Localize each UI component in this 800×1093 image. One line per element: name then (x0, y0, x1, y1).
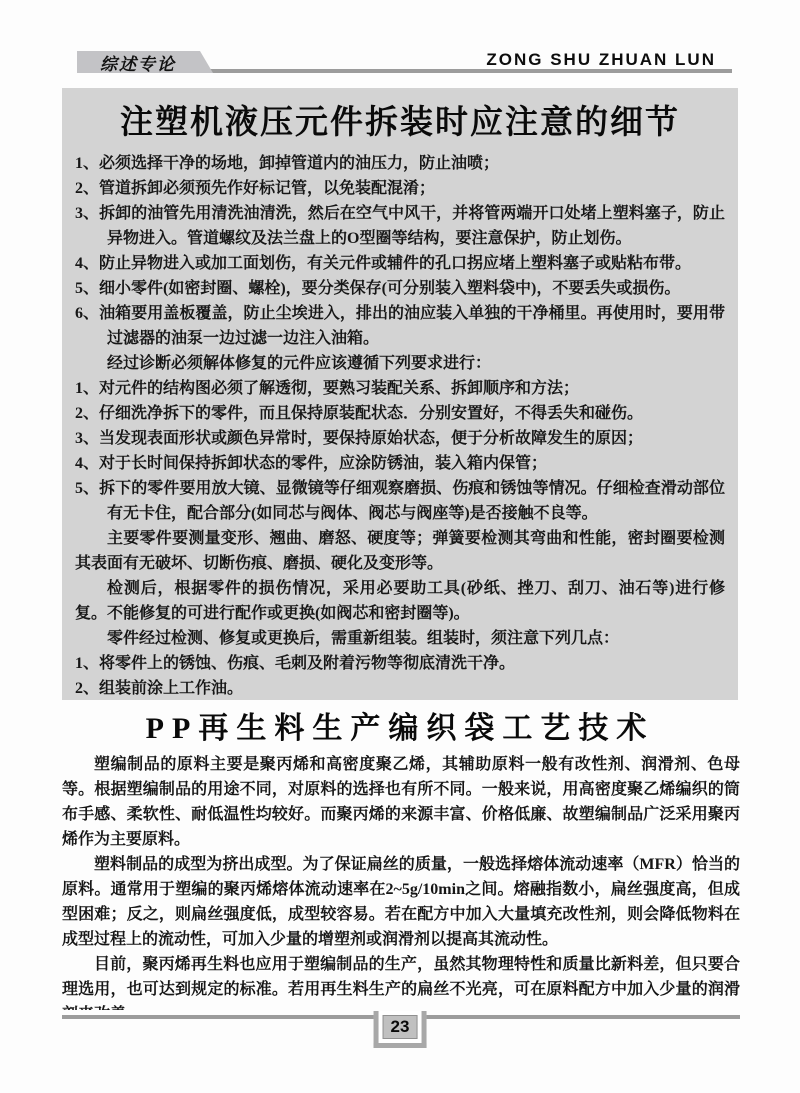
page-number: 23 (383, 1015, 418, 1039)
paragraph: 塑料制品的成型为挤出成型。为了保证扁丝的质量，一般选择熔体流动速率（MFR）恰当… (62, 852, 740, 952)
paragraph: 1、对元件的结构图必须了解透彻，要熟习装配关系、拆卸顺序和方法； (75, 376, 725, 401)
paragraph: 2、管道拆卸必须预先作好标记管，以免装配混淆； (75, 176, 725, 201)
paragraph: 主要零件要测量变形、翘曲、磨怒、硬度等；弹簧要检测其弯曲和性能，密封圈要检测其表… (75, 526, 725, 576)
section-label-pinyin: ZONG SHU ZHUAN LUN (486, 50, 716, 70)
section-tab: 综述专论 (77, 51, 213, 73)
article2-title: PP再生料生产编织袋工艺技术 (0, 703, 800, 749)
page-number-badge: 23 (374, 1011, 427, 1048)
magazine-page: 综述专论 ZONG SHU ZHUAN LUN 注塑机液压元件拆装时应注意的细节… (0, 0, 800, 1093)
section-label: 综述专论 (100, 50, 190, 75)
paragraph: 5、细小零件(如密封圈、螺栓)，要分类保存(可分别装入塑料袋中)，不要丢失或损伤… (75, 276, 725, 301)
paragraph: 4、对于长时间保持拆卸状态的零件，应涂防锈油，装入箱内保管； (75, 451, 725, 476)
paragraph: 经过诊断必须解体修复的元件应该遵循下列要求进行： (75, 351, 725, 376)
paragraph: 1、将零件上的锈蚀、伤痕、毛刺及附着污物等彻底清洗干净。 (75, 651, 725, 676)
paragraph: 1、必须选择干净的场地，卸掉管道内的油压力，防止油喷； (75, 151, 725, 176)
paragraph: 2、仔细洗净拆下的零件，而且保持原装配状态．分别安置好，不得丢失和碰伤。 (75, 401, 725, 426)
paragraph: 2、组装前涂上工作油。 (75, 676, 725, 700)
article1-title: 注塑机液压元件拆装时应注意的细节 (75, 96, 725, 143)
article1-panel: 注塑机液压元件拆装时应注意的细节 1、必须选择干净的场地，卸掉管道内的油压力，防… (62, 88, 738, 700)
paragraph: 3、当发现表面形状或颜色异常时，要保持原始状态，便于分析故障发生的原因； (75, 426, 725, 451)
paragraph: 零件经过检测、修复或更换后，需重新组装。组装时，须注意下列几点： (75, 626, 725, 651)
paragraph: 3、拆卸的油管先用清洗油清洗，然后在空气中风干，并将管两端开口处堵上塑料塞子，防… (75, 201, 725, 251)
paragraph: 检测后，根据零件的损伤情况，采用必要助工具(砂纸、挫刀、刮刀、油石等)进行修复。… (75, 576, 725, 626)
article1-body: 1、必须选择干净的场地，卸掉管道内的油压力，防止油喷； 2、管道拆卸必须预先作好… (75, 151, 725, 700)
paragraph: 塑编制品的原料主要是聚丙烯和高密度聚乙烯，其辅助原料一般有改性剂、润滑剂、色母等… (62, 752, 740, 852)
article2-body: 塑编制品的原料主要是聚丙烯和高密度聚乙烯，其辅助原料一般有改性剂、润滑剂、色母等… (62, 752, 740, 1010)
paragraph: 目前，聚丙烯再生料也应用于塑编制品的生产，虽然其物理特性和质量比新料差，但只要合… (62, 952, 740, 1010)
paragraph: 4、防止异物进入或加工面划伤，有关元件或辅件的孔口拐应堵上塑料塞子或贴粘布带。 (75, 251, 725, 276)
paragraph: 6、油箱要用盖板覆盖，防止尘埃进入，排出的油应装入单独的干净桶里。再使用时，要用… (75, 301, 725, 351)
paragraph: 5、拆下的零件要用放大镜、显微镜等仔细观察磨损、伤痕和锈蚀等情况。仔细检查滑动部… (75, 476, 725, 526)
